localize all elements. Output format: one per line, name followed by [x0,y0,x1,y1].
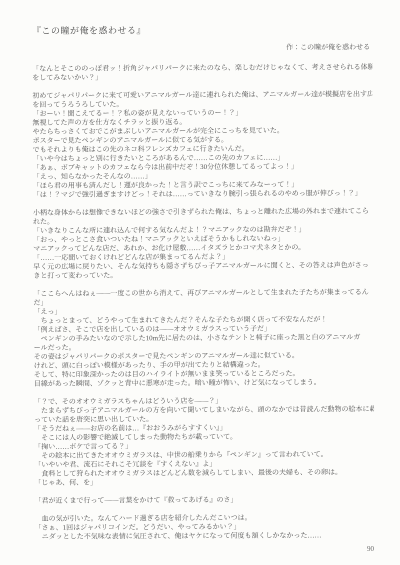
text-line: 「ここらへんはねぇ——一度この世から消えて、再びアニマルガールとして生まれた子た… [33,288,373,299]
author-credit: 作：この瞳が俺を惑わせる [32,42,372,54]
text-line: 目線があった瞬間、ゾクッと背中に悪寒が走った。暗い瞳が怖い、けど気になってしまう… [34,378,374,389]
paragraph-block: 血の気が引いた。なんてハード過ぎる店を紹介したんだこいつは。「さぁ、1回はジャパ… [35,513,375,542]
text-line: 初めてジャパリパークに来て可愛いアニマルガール達に連れられた俺は、アニマルガール… [32,90,372,101]
page-content: 『この瞳が俺を惑わせる』 作：この瞳が俺を惑わせる 「なんとそこののっぽ君ッ！折… [32,22,375,542]
paragraph-block: 「ここらへんはねぇ——一度この世から消えて、再びアニマルガールとして生まれた子た… [33,288,374,389]
paragraph-block: 小柄な身体からは想像できないほどの強さで引きずられた俺は、ちょっと離れた広場の外… [33,207,373,281]
text-line: 食料として狩られたオオウミガラスはどんどん数を減らしてしまい、最後の夫婦も、その… [34,468,374,479]
text-line: をしてみないかい？」 [32,72,372,83]
text-line: 「は！？マジで強引過ぎますけどっ！それは……っていきなり腕引っ張られるのやめっ服… [33,189,373,200]
scanned-page: 『この瞳が俺を惑わせる』 作：この瞳が俺を惑わせる 「なんとそこののっぽ君ッ！折… [0,0,400,565]
text-line: 早く元の広場に戻りたい、そんな気持ちも隠さずちびっ子アニマルガールに聞くと、その… [33,261,373,272]
text-line: 「なんとそこののっぽ君ッ！折角ジャパリパークに来たのなら、楽しむだけじゃなくて、… [32,63,372,74]
paragraph-block: 初めてジャパリパークに来て可愛いアニマルガール達に連れられた俺は、アニマルガール… [32,90,373,200]
text-line: ペンギンの手みたいなので示した10m先に居たのは、小さなテントと椅子に座った黒と… [34,333,374,344]
paragraph-block: 「？で、そのオオウミガラスちゃんはどういう店を——？」 たまらずちびっ子アニマル… [34,396,374,488]
paragraph-block: 「君が近くまで行って——言葉をかけて『救ってあげる』のさ」 [34,495,374,506]
paragraph-block: 「なんとそこののっぽ君ッ！折角ジャパリパークに来たのなら、楽しむだけじゃなくて、… [32,63,372,83]
text-line: 「君が近くまで行って——言葉をかけて『救ってあげる』のさ」 [34,495,374,506]
text-line: ニダッとした不気味な表情に気圧されて、俺はヤケになって何度も頷くしかなかった…… [35,531,375,542]
text-line: 小柄な身体からは想像できないほどの強さで引きずられた俺は、ちょっと離れた広場の外… [33,207,373,218]
story-title: 『この瞳が俺を惑わせる』 [32,22,372,37]
story-body: 「なんとそこののっぽ君ッ！折角ジャパリパークに来たのなら、楽しむだけじゃなくて、… [32,63,374,542]
text-line: たまらずちびっ子アニマルガールの方を向いて聞いてしまいながら、頭のなかでは昔読ん… [34,405,374,416]
text-line: きと打って変わっていた。 [33,270,373,281]
page-number: 90 [367,545,374,553]
text-line: 「じゃあ、何、を」 [34,477,374,488]
